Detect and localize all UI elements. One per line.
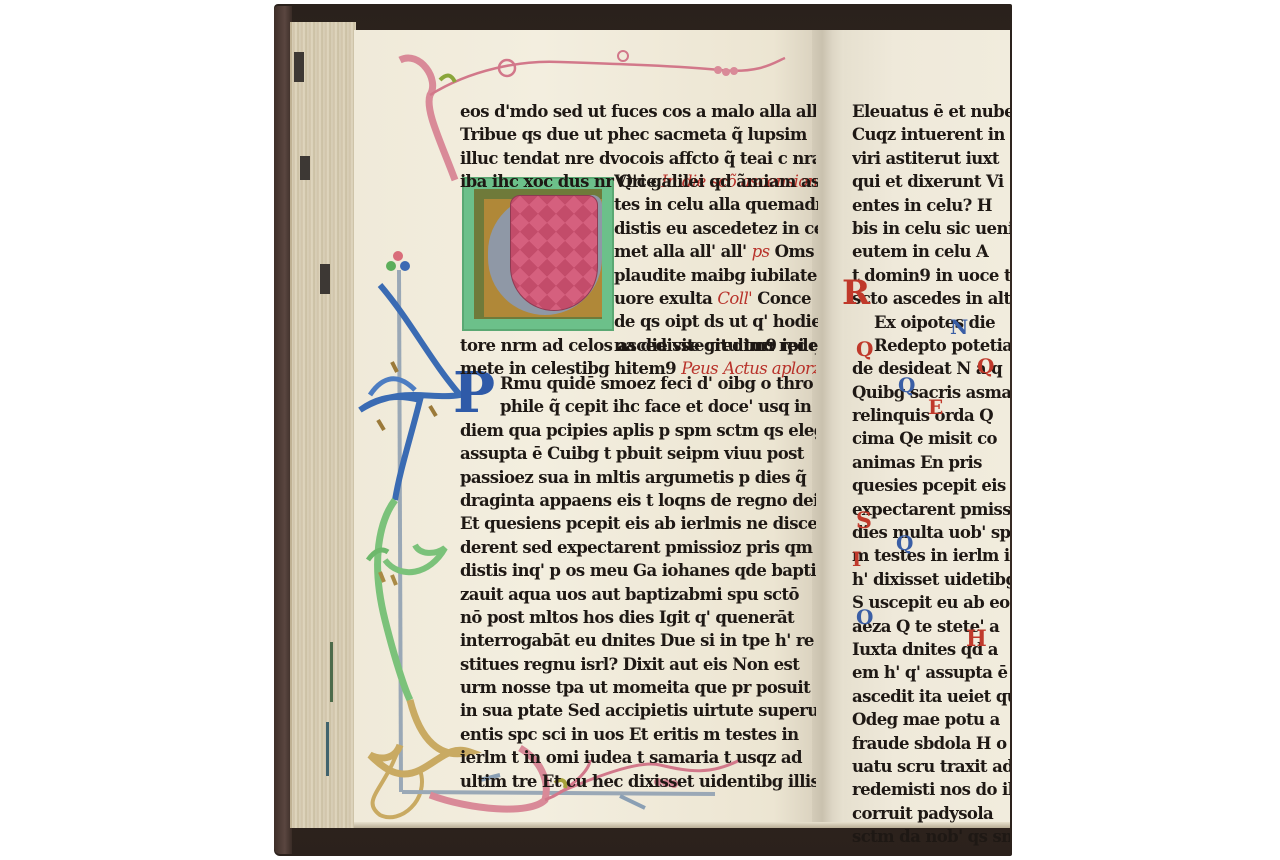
red-initial-r: R [842, 273, 871, 313]
svg-text:O: O [856, 605, 873, 629]
svg-text:E: E [928, 395, 943, 419]
svg-text:Q: Q [896, 531, 913, 555]
svg-text:N: N [950, 315, 968, 339]
right-page-initials: R Q N Q Q E S Q I O H [0, 0, 1280, 860]
svg-text:I: I [852, 547, 861, 571]
svg-text:S: S [856, 508, 872, 534]
svg-text:Q: Q [977, 354, 994, 378]
svg-text:H: H [966, 626, 987, 652]
svg-text:Q: Q [856, 337, 873, 361]
svg-text:Q: Q [898, 373, 915, 397]
